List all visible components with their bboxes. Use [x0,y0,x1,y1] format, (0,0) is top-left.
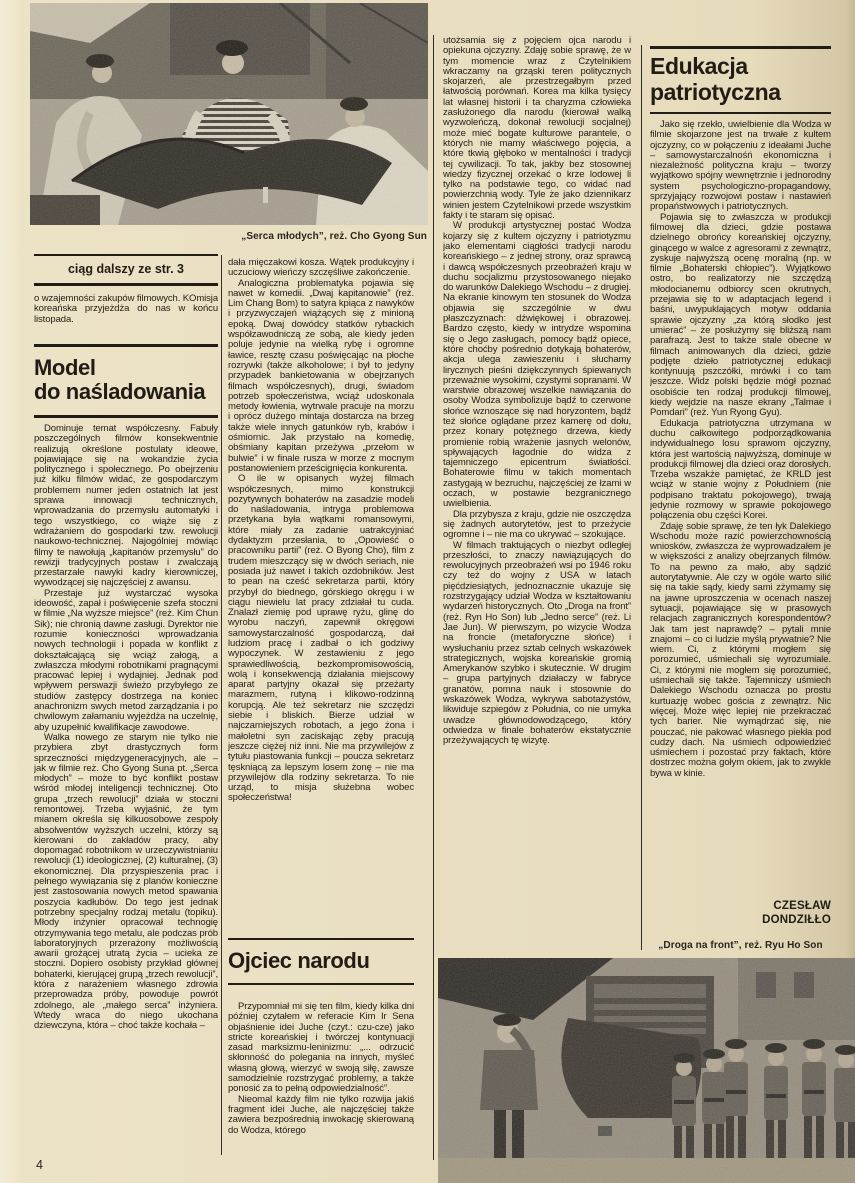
intro-paragraph: o wzajemności zakupów filmowych. KOmisja… [34,294,218,325]
rule-above-edukacja [650,46,831,49]
paragraph: Dla przybysza z kraju, gdzie nie oszczęd… [443,510,631,541]
headline-edukacja: Edukacja patriotyczna [650,54,831,105]
column2-body-lower: Przypomniał mi się ten film, kiedy kilka… [228,1002,414,1154]
photo-serca-mlodych [30,3,428,225]
paragraph: Dominuje temat współczesny. Fabuły poszc… [34,424,218,589]
continuation-label: ciąg dalszy ze str. 3 [68,262,184,276]
paragraph: W produkcji artystycznej postać Wodza ko… [443,221,631,509]
paragraph: Zdaję sobie sprawę, że ten łyk Dalekiego… [650,522,831,779]
paragraph: Jako się rzekło, uwielbienie dla Wodza w… [650,120,831,213]
paragraph: Przestaje już wystarczać wysoka ideowość… [34,589,218,733]
paragraph: W filmach traktujących o niezbyt odległe… [443,541,631,747]
paragraph: O ile w opisanych wyżej filmach współcze… [228,474,414,804]
headline-ojciec-narodu: Ojciec narodu [228,949,414,973]
photo-caption-serca-mlodych: „Serca młodych”, reż. Cho Gyong Sun [130,231,427,242]
boat-scene-image [30,3,428,225]
soldiers-scene-image [438,958,855,1183]
paragraph: dała mięczakowi kosza. Wątek produkcyjny… [228,258,414,279]
column3-body: utożsamia się z pojęciem ojca narodu i o… [443,36,631,926]
photo-droga-na-front [438,958,855,1183]
column2-body: dała mięczakowi kosza. Wątek produkcyjny… [228,258,414,934]
continuation-box: ciąg dalszy ze str. 3 [34,254,218,286]
divider-col3-col4 [641,45,642,950]
divider-col2-col3 [433,35,434,1160]
headline-model-block: Model do naśladowania [34,344,218,418]
paragraph: Analogiczna problematyka pojawia się naw… [228,279,414,475]
headline-ojciec-block: Ojciec narodu [228,938,414,985]
intro-text: o wzajemności zakupów filmowych. KOmisja… [34,294,218,340]
photo-caption-droga-na-front: „Droga na front”, reż. Ryu Ho Son [650,940,831,951]
paragraph: Pojawia się to zwłaszcza w produkcji fil… [650,213,831,419]
paragraph: Edukacja patriotyczna utrzymana w duchu … [650,419,831,522]
author-name: CZESŁAW DONDZIŁŁO [650,900,831,927]
paragraph: utożsamia się z pojęciem ojca narodu i o… [443,36,631,221]
paragraph: Nieomal każdy film nie tylko rozwija jak… [228,1095,414,1136]
rule-below-edukacja [650,112,831,114]
column1-body: Dominuje temat współczesny. Fabuły poszc… [34,424,218,1154]
headline-model: Model do naśladowania [34,356,218,404]
paragraph: Walka nowego ze starym nie tylko nie prz… [34,733,218,1032]
column4-body: Jako się rzekło, uwielbienie dla Wodza w… [650,120,831,896]
magazine-page: „Serca młodych”, reż. Cho Gyong Sun ciąg… [0,0,855,1183]
page-number: 4 [36,1158,43,1172]
divider-col1-col2 [221,255,222,1155]
paragraph: Przypomniał mi się ten film, kiedy kilka… [228,1002,414,1095]
